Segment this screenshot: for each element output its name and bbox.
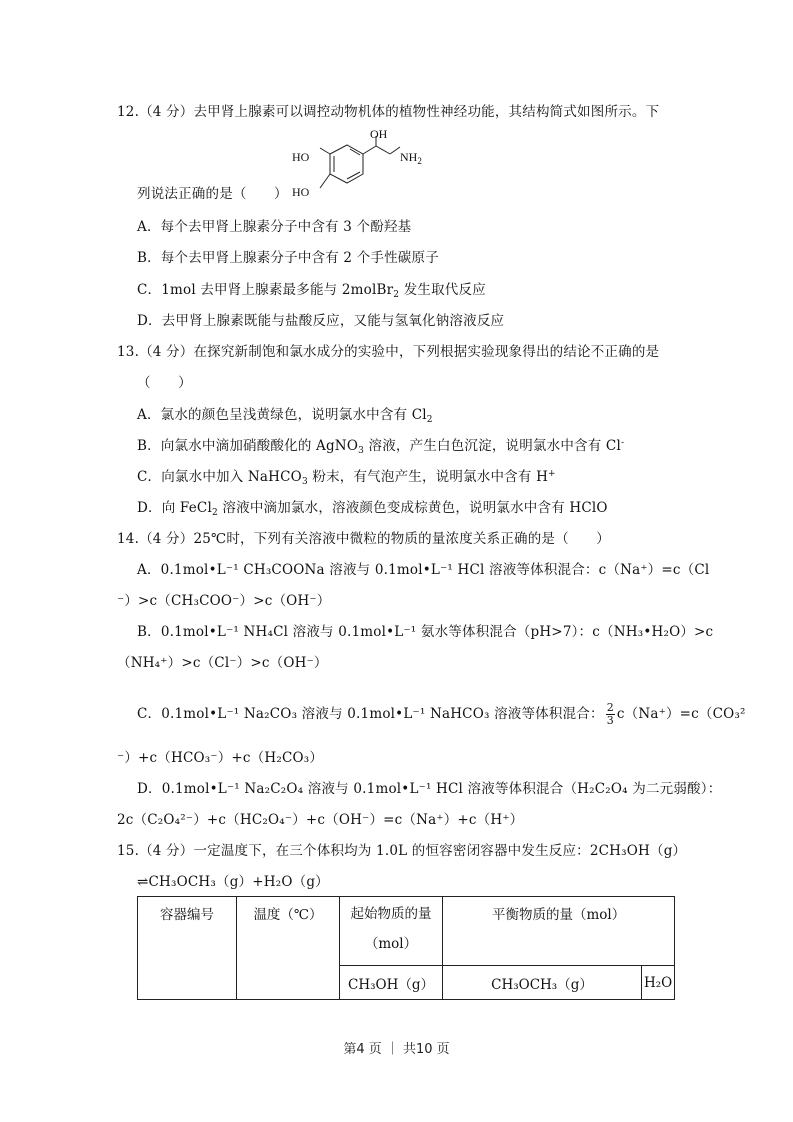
q14-option-d-line2: 2c（C₂O₄²⁻）+c（HC₂O₄⁻）+c（OH⁻）=c（Na⁺）+c（H⁺） [117,811,523,829]
q15-data-table: 容器编号 温度（℃） 起始物质的量（mol） 平衡物质的量（mol） CH₃OH… [137,896,675,1000]
header-container-id: 容器编号 [138,897,237,1000]
page-footer: 第4 页 ｜ 共10 页 [0,1038,793,1057]
q13-b-text-mid: 溶液，产生白色沉淀，说明氯水中含有 Cl [364,438,621,454]
oh-label: OH [370,127,387,142]
q12-option-a: A．每个去甲肾上腺素分子中含有 3 个酚羟基 [137,218,411,236]
q13-b-sup: - [621,438,624,448]
header-initial-amount-line2: （mol） [365,936,417,952]
q14-option-c-line2: ⁻）+c（HCO₃⁻）+c（H₂CO₃） [117,749,323,767]
q12-c-text-end: 发生取代反应 [399,282,486,298]
q13-stem-line1: 13.（4 分）在探究新制饱和氯水成分的实验中，下列根据实验现象得出的结论不正确… [117,343,659,361]
nh2-label: NH2 [400,150,422,165]
q14-option-c-line1: C．0.1mol•L⁻¹ Na₂CO₃ 溶液与 0.1mol•L⁻¹ NaHCO… [137,702,746,727]
q14-option-d-line1: D．0.1mol•L⁻¹ Na₂C₂O₄ 溶液与 0.1mol•L⁻¹ HCl … [137,780,721,798]
fraction-two-thirds: 23 [606,702,615,727]
q13-a-text: A．氯水的颜色呈浅黄绿色，说明氯水中含有 Cl [137,407,427,423]
ho-label-upper: HO [292,150,309,165]
q14-option-a-line1: A．0.1mol•L⁻¹ CH₃COONa 溶液与 0.1mol•L⁻¹ HCl… [137,561,709,579]
molecule-skeleton-icon [290,132,430,207]
q15-stem-line1: 15.（4 分）一定温度下，在三个体积均为 1.0L 的恒容密闭容器中发生反应：… [117,842,686,860]
nh2-subscript: 2 [417,156,422,166]
q14-option-a-line2: ⁻）>c（CH₃COO⁻）>c（OH⁻） [117,592,330,610]
q14-option-b-line2: （NH₄⁺）>c（Cl⁻）>c（OH⁻） [117,654,328,672]
q13-option-c: C．向氯水中加入 NaHCO3 粉末，有气泡产生，说明氯水中含有 H+ [137,468,556,486]
ho-label-lower: HO [292,185,309,200]
q14-stem: 14.（4 分）25℃时，下列有关溶液中微粒的物质的量浓度关系正确的是（ ） [117,530,610,548]
q13-a-sub: 2 [427,415,433,425]
q13-c-text-mid: 粉末，有气泡产生，说明氯水中含有 H [308,469,548,485]
q14-c-text: C．0.1mol•L⁻¹ Na₂CO₃ 溶液与 0.1mol•L⁻¹ NaHCO… [137,706,604,722]
q12-option-c: C．1mol 去甲肾上腺素最多能与 2molBr2 发生取代反应 [137,281,486,299]
q12-stem-line1: 12.（4 分）去甲肾上腺素可以调控动物机体的植物性神经功能，其结构简式如图所示… [117,103,659,121]
q15-stem-line2: ⇌CH₃OCH₃（g）+H₂O（g） [137,873,329,891]
header-initial-amount-line1: 起始物质的量 [351,906,432,922]
subheader-ch3och3: CH₃OCH₃（g） [443,966,642,1000]
q13-option-d: D．向 FeCl2 溶液中滴加氯水，溶液颜色变成棕黄色，说明氯水中含有 HClO [137,499,608,517]
header-initial-amount: 起始物质的量（mol） [340,897,443,966]
header-temperature: 温度（℃） [237,897,340,1000]
norepinephrine-structure-diagram: OH HO NH2 HO [290,132,430,207]
q12-stem-line2: 列说法正确的是（ ） [137,185,288,203]
nh-text: NH [400,150,417,164]
q13-b-text: B．向氯水中滴加硝酸酸化的 AgNO [137,438,358,454]
q12-option-b: B．每个去甲肾上腺素分子中含有 2 个手性碳原子 [137,249,439,267]
header-equilibrium-amount: 平衡物质的量（mol） [443,897,675,966]
q13-c-sup: + [548,469,556,479]
q12-c-text: C．1mol 去甲肾上腺素最多能与 2molBr [137,282,393,298]
subheader-ch3oh: CH₃OH（g） [340,966,443,1000]
q13-c-text: C．向氯水中加入 NaHCO [137,469,302,485]
q13-d-text-end: 溶液中滴加氯水，溶液颜色变成棕黄色，说明氯水中含有 HClO [218,500,608,516]
q13-d-text: D．向 FeCl [137,500,212,516]
q13-option-b: B．向氯水中滴加硝酸酸化的 AgNO3 溶液，产生白色沉淀，说明氯水中含有 Cl… [137,437,624,455]
q12-option-d: D．去甲肾上腺素既能与盐酸反应，又能与氢氧化钠溶液反应 [137,312,504,330]
subheader-h2o: H₂O [642,966,675,1000]
q13-stem-line2: （ ） [137,374,192,392]
q13-option-a: A．氯水的颜色呈浅黄绿色，说明氯水中含有 Cl2 [137,406,433,424]
q14-c-text-end: c（Na⁺）=c（CO₃² [617,706,746,722]
fraction-denominator: 3 [606,715,615,727]
q14-option-b-line1: B．0.1mol•L⁻¹ NH₄Cl 溶液与 0.1mol•L⁻¹ 氨水等体积混… [137,623,713,641]
